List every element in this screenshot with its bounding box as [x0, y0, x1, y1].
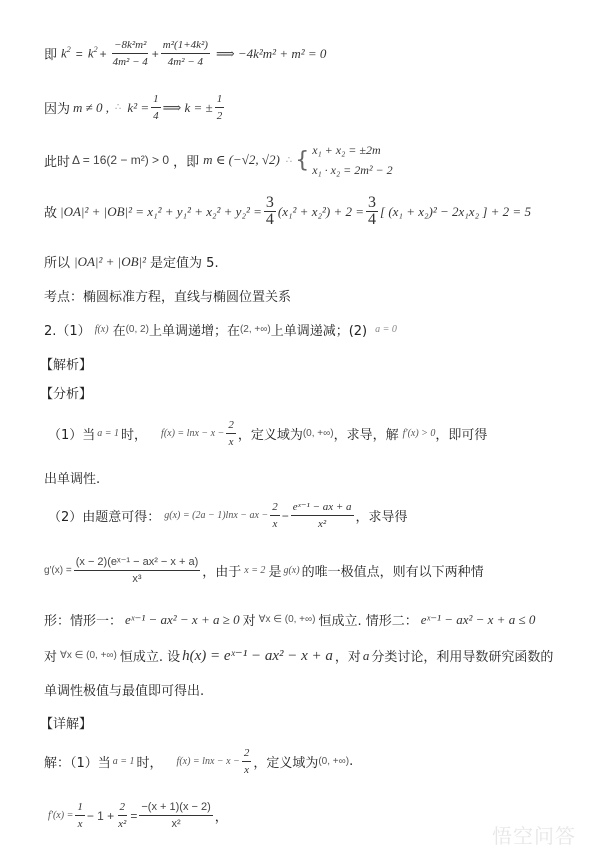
- math-result: [ (x₁ + x₂)² − 2x₁x₂ ] + 2 = 5: [380, 204, 531, 220]
- text-constant: 是定值为 5.: [150, 252, 219, 271]
- math-delta: Δ = 16(2 − m²) > 0: [72, 153, 169, 167]
- math-minus: −: [282, 509, 289, 523]
- math-a-eq-1: a = 1: [97, 428, 119, 439]
- fraction-2: m²(1+4k²)4m² − 4: [161, 38, 210, 69]
- watermark: 悟空问答: [492, 820, 576, 849]
- math-forall: ∀x ∈ (0, +∞): [60, 650, 117, 661]
- text-zai: 在: [113, 320, 126, 339]
- fraction-2-over-x: 2x: [270, 500, 280, 531]
- equation-line-2: 因为 m ≠ 0 , ∴ k² = 14 ⟹ k = ± 12: [44, 92, 226, 123]
- math-plus: +: [100, 47, 107, 61]
- math-k: k2: [61, 45, 71, 61]
- heading-jiexi: 【解析】: [40, 354, 92, 373]
- therefore-icon: ∴: [115, 102, 121, 113]
- math-sum-x: (x₁² + x₂²) + 2 =: [278, 204, 364, 220]
- text-derive: ，求导得: [356, 506, 408, 525]
- text-s1-when: 解：（1）当: [44, 752, 111, 771]
- text-discuss: 分类讨论，利用导数研究函数的: [371, 646, 553, 665]
- analysis-2-line: （2）由题意可得： g(x) = (2a − 1)lnx − ax − 2x −…: [48, 500, 408, 531]
- text-increasing: 上单调递增；在: [149, 320, 240, 339]
- math-a-eq-1: a = 1: [113, 756, 135, 767]
- math-case1: eˣ⁻¹ − ax² − x + a ≥ 0: [125, 612, 240, 628]
- text-shi: 时，: [121, 424, 147, 443]
- text-holds-let: 恒成立. 设: [120, 646, 180, 665]
- math-fx: f(x): [95, 324, 109, 335]
- math-fx-def: f(x) = lnx − x −: [161, 428, 224, 439]
- fraction-fprime: −(x + 1)(x − 2)x²: [139, 800, 212, 831]
- text-ji: 即: [44, 44, 57, 63]
- fraction-quarter: 14: [151, 92, 161, 123]
- conclusion-line: 所以 |OA|² + |OB|² 是定值为 5.: [44, 252, 219, 271]
- math-k2eq: k² =: [127, 100, 149, 116]
- math-gprime-lhs: g′(x) =: [44, 565, 72, 576]
- math-k-pm: ⟹ k = ±: [163, 100, 213, 116]
- text-monotonic: 出单调性.: [44, 468, 100, 487]
- math-minus-1-plus: − 1 +: [87, 809, 114, 823]
- math-a: a: [363, 648, 370, 664]
- text-case1: 形：情形一：: [44, 610, 122, 629]
- text-for-a: ，对: [335, 646, 361, 665]
- text-cishi: 此时: [44, 151, 70, 170]
- math-fprime-gt0: f′(x) > 0: [403, 428, 436, 439]
- text-for: 对: [44, 646, 57, 665]
- text-domain: ，定义域为: [253, 752, 318, 771]
- brace-icon: {: [295, 148, 309, 173]
- text-for: 对: [243, 610, 256, 629]
- text-unique-extremum: 的唯一极值点，则有以下两种情: [302, 561, 484, 580]
- fraction-gx: eˣ⁻¹ − ax + ax²: [291, 500, 354, 531]
- fraction-2-over-x: 2x: [242, 746, 252, 777]
- text-decreasing: 上单调递减；(2): [271, 320, 367, 339]
- text-then: ，即可得: [435, 424, 487, 443]
- text-case2: 恒成立. 情形二：: [318, 610, 417, 629]
- math-hx: h(x) = eˣ⁻¹ − ax² − x + a: [182, 646, 333, 665]
- math-gx-def: g(x) = (2a − 1)lnx − ax −: [164, 510, 268, 521]
- analysis-2-hx: 对 ∀x ∈ (0, +∞) 恒成立. 设 h(x) = eˣ⁻¹ − ax² …: [44, 646, 553, 665]
- math-forall: ∀x ∈ (0, +∞): [259, 614, 316, 625]
- math-implies: ⟹ −4k²m² + m² = 0: [216, 46, 326, 62]
- text-because: ，由于: [202, 561, 241, 580]
- math-k: k2: [88, 45, 98, 61]
- math-m-ne-0: m ≠ 0 ,: [73, 100, 109, 116]
- heading-fenxi: 【分析】: [40, 383, 92, 402]
- fraction-three-quarters: 34: [366, 196, 378, 227]
- text-p1-when: （1）当: [48, 424, 95, 443]
- system-eq-2: x₁ · x₂ = 2m² − 2: [312, 160, 392, 180]
- equation-line-4: 故 |OA|² + |OB|² = x₁² + y₁² + x₂² + y₂² …: [44, 196, 531, 227]
- therefore-icon: ∴: [286, 155, 292, 166]
- text-conclusion: 单调性极值与最值即可得出.: [44, 680, 204, 699]
- text-is: 是: [268, 561, 281, 580]
- math-sum-squares: |OA|² + |OB|² = x₁² + y₁² + x₂² + y₂² =: [60, 204, 262, 220]
- math-fx-def: f(x) = lnx − x −: [177, 756, 240, 767]
- fraction-1: −8k²m²4m² − 4: [111, 38, 150, 69]
- text-suoyi: 所以: [44, 252, 70, 271]
- math-m-interval: m ∈ (−√2, √2): [203, 152, 280, 168]
- fraction-half: 12: [215, 92, 225, 123]
- math-oa-ob: |OA|² + |OB|²: [74, 254, 146, 270]
- analysis-1-cont: 出单调性.: [44, 468, 100, 487]
- text-q2-label: 2.（1）: [44, 320, 91, 339]
- solution-fprime: f′(x) = 1x − 1 + 2x² = −(x + 1)(x − 2)x²…: [48, 800, 228, 831]
- fraction-gprime: (x − 2)(eˣ⁻¹ − ax² − x + a)x³: [74, 555, 201, 586]
- text-shi: 时，: [137, 752, 163, 771]
- math-gx: g(x): [283, 565, 299, 576]
- math-eq: =: [76, 47, 83, 61]
- analysis-2-end: 单调性极值与最值即可得出.: [44, 680, 204, 699]
- math-case2: eˣ⁻¹ − ax² − x + a ≤ 0: [421, 612, 536, 628]
- section-xiangjie: 【详解】: [40, 713, 92, 732]
- text-gu: 故: [44, 202, 57, 221]
- analysis-2-cases: 形：情形一： eˣ⁻¹ − ax² − x + a ≥ 0 对 ∀x ∈ (0,…: [44, 610, 535, 629]
- fraction-three-quarters: 34: [264, 196, 276, 227]
- fraction-1-over-x: 1x: [75, 800, 85, 831]
- analysis-2-gprime: g′(x) = (x − 2)(eˣ⁻¹ − ax² − x + a)x³ ，由…: [44, 555, 484, 586]
- section-jiexi: 【解析】: [40, 354, 92, 373]
- equation-line-3: 此时 Δ = 16(2 − m²) > 0 ，即 m ∈ (−√2, √2) ∴…: [44, 140, 393, 180]
- text-period: .: [349, 754, 353, 769]
- math-a-eq-0: a = 0: [375, 324, 397, 335]
- text-derive: ，求导，解: [334, 424, 399, 443]
- fraction-2-over-x2: 2x²: [116, 800, 128, 831]
- fraction-2-over-x: 2x: [226, 418, 236, 449]
- math-fprime-lhs: f′(x) =: [48, 810, 73, 821]
- analysis-1-line: （1）当 a = 1 时， f(x) = lnx − x − 2x ，定义域为 …: [48, 418, 487, 449]
- text-comma: ，: [215, 806, 228, 825]
- equation-system: x₁ + x₂ = ±2m x₁ · x₂ = 2m² − 2: [312, 140, 392, 180]
- text-p2-label: （2）由题意可得：: [48, 506, 160, 525]
- math-domain: (0, +∞): [303, 428, 334, 439]
- math-interval-0-2: (0, 2): [126, 324, 149, 335]
- section-fenxi: 【分析】: [40, 383, 92, 402]
- math-eq: =: [130, 809, 137, 823]
- text-ji: ，即: [173, 151, 199, 170]
- math-plus: +: [152, 47, 159, 61]
- math-interval-2-inf: (2, +∞): [240, 324, 271, 335]
- equation-line-1: 即 k2 = k2 + −8k²m²4m² − 4 + m²(1+4k²)4m²…: [44, 38, 326, 69]
- answer-2-line: 2.（1） f(x) 在 (0, 2) 上单调递增；在 (2, +∞) 上单调递…: [44, 320, 397, 339]
- text-domain: ，定义域为: [238, 424, 303, 443]
- math-x-eq-2: x = 2: [244, 565, 265, 576]
- key-points-line: 考点：椭圆标准方程，直线与椭圆位置关系: [44, 286, 291, 305]
- solution-1-line: 解：（1）当 a = 1 时， f(x) = lnx − x − 2x ，定义域…: [44, 746, 353, 777]
- text-yinwei: 因为: [44, 98, 70, 117]
- text-kaodian: 考点：椭圆标准方程，直线与椭圆位置关系: [44, 286, 291, 305]
- system-eq-1: x₁ + x₂ = ±2m: [312, 140, 392, 160]
- heading-xiangjie: 【详解】: [40, 713, 92, 732]
- math-domain: (0, +∞): [318, 756, 349, 767]
